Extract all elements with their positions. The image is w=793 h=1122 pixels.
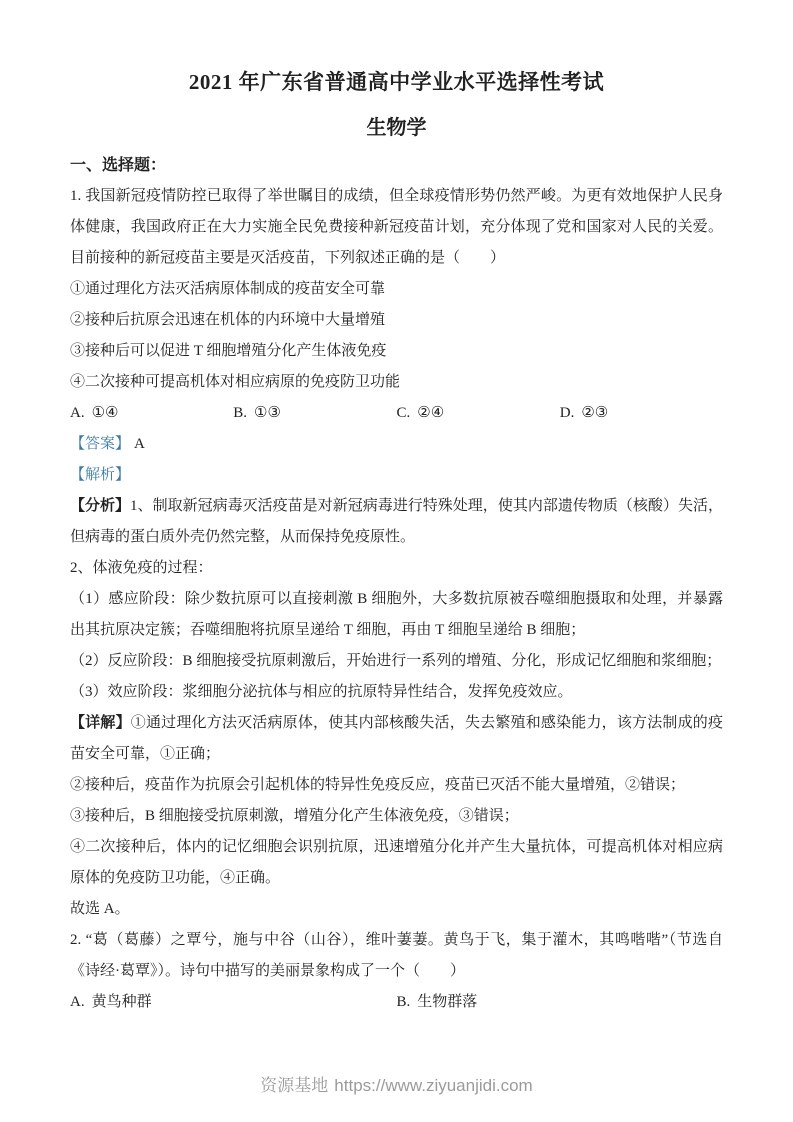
document-page: 2021 年广东省普通高中学业水平选择性考试 生物学 一、选择题： 1. 我国新… xyxy=(0,0,793,1122)
q2-options-row: A.黄鸟种群 B.生物群落 xyxy=(70,987,723,1018)
footer-site-name: 资源基地 xyxy=(260,1076,328,1095)
document-title: 2021 年广东省普通高中学业水平选择性考试 xyxy=(70,70,723,95)
answer-value: A xyxy=(130,436,145,452)
q1-statement-1: ①通过理化方法灭活病原体制成的疫苗安全可靠 xyxy=(70,274,723,305)
q1-option-d: D.②③ xyxy=(560,398,723,429)
q1-statement-4: ④二次接种可提高机体对相应病原的免疫防卫功能 xyxy=(70,367,723,398)
option-text: 生物群落 xyxy=(417,994,477,1010)
q1-analysis-heading: 【解析】 xyxy=(70,460,723,491)
option-letter: C. xyxy=(397,405,411,421)
option-text: 黄鸟种群 xyxy=(92,994,152,1010)
q1-option-b: B.①③ xyxy=(233,398,396,429)
q2-option-a: A.黄鸟种群 xyxy=(70,987,397,1018)
option-text: ②③ xyxy=(581,405,608,421)
q1-stem: 1. 我国新冠疫情防控已取得了举世瞩目的成绩，但全球疫情形势仍然严峻。为更有效地… xyxy=(70,181,723,274)
q1-analysis-stage-1: （1）感应阶段：除少数抗原可以直接刺激 B 细胞外，大多数抗原被吞噬细胞摄取和处… xyxy=(70,584,723,646)
option-letter: B. xyxy=(233,405,247,421)
q1-analysis-process-title: 2、体液免疫的过程： xyxy=(70,553,723,584)
option-text: ②④ xyxy=(417,405,444,421)
option-letter: A. xyxy=(70,405,85,421)
option-text: ①④ xyxy=(92,405,119,421)
q2-option-b: B.生物群落 xyxy=(397,987,724,1018)
xiangjie-label: 【详解】 xyxy=(70,715,131,731)
q1-statement-2: ②接种后抗原会迅速在机体的内环境中大量增殖 xyxy=(70,305,723,336)
q1-analysis-intro: 【分析】1、制取新冠病毒灭活疫苗是对新冠病毒进行特殊处理，使其内部遗传物质（核酸… xyxy=(70,491,723,553)
document-subtitle: 生物学 xyxy=(70,116,723,141)
q1-detail-4: ④二次接种后，体内的记忆细胞会识别抗原，迅速增殖分化并产生大量抗体，可提高机体对… xyxy=(70,832,723,894)
page-footer: 资源基地https://www.ziyuanjidi.com xyxy=(0,1071,793,1096)
q1-conclusion: 故选 A。 xyxy=(70,894,723,925)
q1-statement-3: ③接种后可以促进 T 细胞增殖分化产生体液免疫 xyxy=(70,336,723,367)
answer-label: 【答案】 xyxy=(70,436,130,452)
q1-options-row: A.①④ B.①③ C.②④ D.②③ xyxy=(70,398,723,429)
section-heading: 一、选择题： xyxy=(70,151,723,181)
detail-first-text: ①通过理化方法灭活病原体，使其内部核酸失活，失去繁殖和感染能力，该方法制成的疫苗… xyxy=(70,715,723,762)
option-letter: A. xyxy=(70,994,85,1010)
analysis-label: 【解析】 xyxy=(70,467,130,483)
q1-option-a: A.①④ xyxy=(70,398,233,429)
analysis-intro-text: 1、制取新冠病毒灭活疫苗是对新冠病毒进行特殊处理，使其内部遗传物质（核酸）失活，… xyxy=(70,498,723,545)
option-text: ①③ xyxy=(254,405,281,421)
footer-url-link[interactable]: https://www.ziyuanjidi.com xyxy=(334,1076,532,1095)
q1-detail-3: ③接种后，B 细胞接受抗原刺激，增殖分化产生体液免疫，③错误； xyxy=(70,801,723,832)
q1-answer-line: 【答案】A xyxy=(70,429,723,460)
option-letter: D. xyxy=(560,405,575,421)
q1-detail-intro: 【详解】①通过理化方法灭活病原体，使其内部核酸失活，失去繁殖和感染能力，该方法制… xyxy=(70,708,723,770)
fenxi-label: 【分析】 xyxy=(70,498,130,514)
q2-stem: 2. “葛（葛藤）之覃兮，施与中谷（山谷），维叶萋萋。黄鸟于飞，集于灌木，其鸣喈… xyxy=(70,925,723,987)
q1-analysis-stage-3: （3）效应阶段：浆细胞分泌抗体与相应的抗原特异性结合，发挥免疫效应。 xyxy=(70,677,723,708)
q1-detail-2: ②接种后，疫苗作为抗原会引起机体的特异性免疫反应，疫苗已灭活不能大量增殖，②错误… xyxy=(70,770,723,801)
q1-analysis-stage-2: （2）反应阶段：B 细胞接受抗原刺激后，开始进行一系列的增殖、分化，形成记忆细胞… xyxy=(70,646,723,677)
option-letter: B. xyxy=(397,994,411,1010)
q1-option-c: C.②④ xyxy=(397,398,560,429)
